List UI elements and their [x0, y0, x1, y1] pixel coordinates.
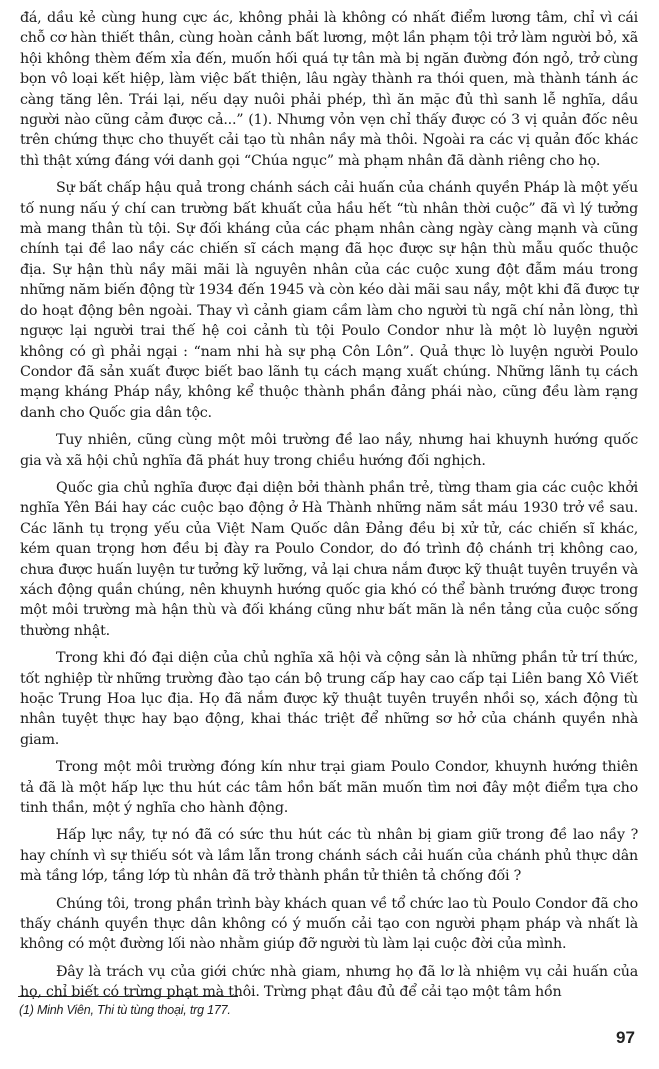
page-body: đá, dầu kẻ cùng hung cực ác, không phải … [20, 8, 638, 1003]
footnote: (1) Minh Viên, Thi tù tùng thoại, trg 17… [19, 1003, 231, 1017]
paragraph: Trong khi đó đại diện của chủ nghĩa xã h… [20, 648, 638, 750]
paragraph-continued: đá, dầu kẻ cùng hung cực ác, không phải … [20, 8, 638, 171]
paragraph: Sự bất chấp hậu quả trong chánh sách cải… [20, 178, 638, 423]
paragraph: Hấp lực nầy, tự nó đã có sức thu hút các… [20, 825, 638, 886]
page-number: 97 [616, 1028, 635, 1048]
paragraph: Tuy nhiên, cũng cùng một môi trường đề l… [20, 430, 638, 471]
footnote-divider [18, 996, 238, 997]
paragraph: Quốc gia chủ nghĩa được đại diện bởi thà… [20, 478, 638, 641]
paragraph: Chúng tôi, trong phần trình bày khách qu… [20, 894, 638, 955]
paragraph: Trong một môi trường đóng kín như trại g… [20, 757, 638, 818]
